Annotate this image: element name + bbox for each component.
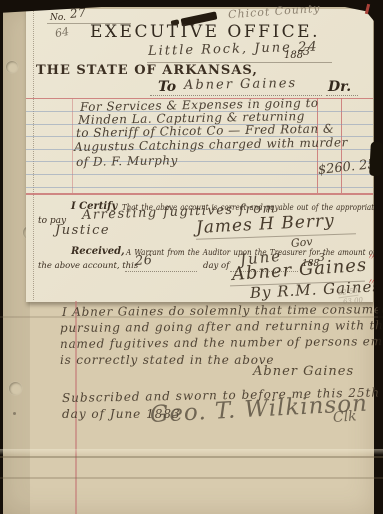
appropriation-handwritten-2: Justice [55, 223, 110, 238]
scanned-document-page: No. 27 64 Chicot County EXECUTIVE OFFICE… [0, 0, 383, 514]
received-lead: Received, [71, 246, 125, 257]
fold-crease [0, 477, 383, 479]
fold-crease-highlight [0, 449, 383, 455]
dr-underline [326, 94, 358, 96]
clerk-title: Clk [332, 408, 357, 426]
to-label: To [158, 79, 176, 95]
dateline-year-digit: 3 [303, 45, 311, 58]
payee-name: Abner Gaines [184, 76, 297, 93]
received-text-2: the above account, this [38, 261, 138, 271]
affidavit-line: named fugitives and the number of person… [60, 334, 383, 351]
day-handwritten: 26 [134, 253, 153, 269]
fold-crease [0, 316, 383, 318]
affiant-signature: Abner Gaines [253, 364, 354, 379]
punch-hole [6, 61, 18, 73]
scan-edge-right-lower [378, 300, 383, 440]
account-line: of D. F. Murphy [76, 153, 178, 169]
scan-blob-right [369, 142, 383, 177]
dr-label: Dr. [328, 79, 351, 95]
day-blank-line [125, 270, 197, 272]
perforation-line [33, 11, 34, 300]
state-line: THE STATE OF ARKANSAS, [36, 63, 258, 78]
affidavit-line: is correctly stated in the above [60, 353, 274, 367]
fold-crease [0, 456, 383, 458]
ledger-rule [26, 187, 373, 188]
table-bottom-rule [26, 193, 373, 195]
dateline-year-printed: 188 [284, 50, 303, 61]
table-left-column-rule [72, 98, 73, 193]
punch-hole [9, 382, 22, 395]
day-of-label: day of [203, 261, 229, 271]
affidavit-line: pursuing and going after and returning w… [60, 318, 383, 335]
ink-speck [13, 412, 16, 415]
